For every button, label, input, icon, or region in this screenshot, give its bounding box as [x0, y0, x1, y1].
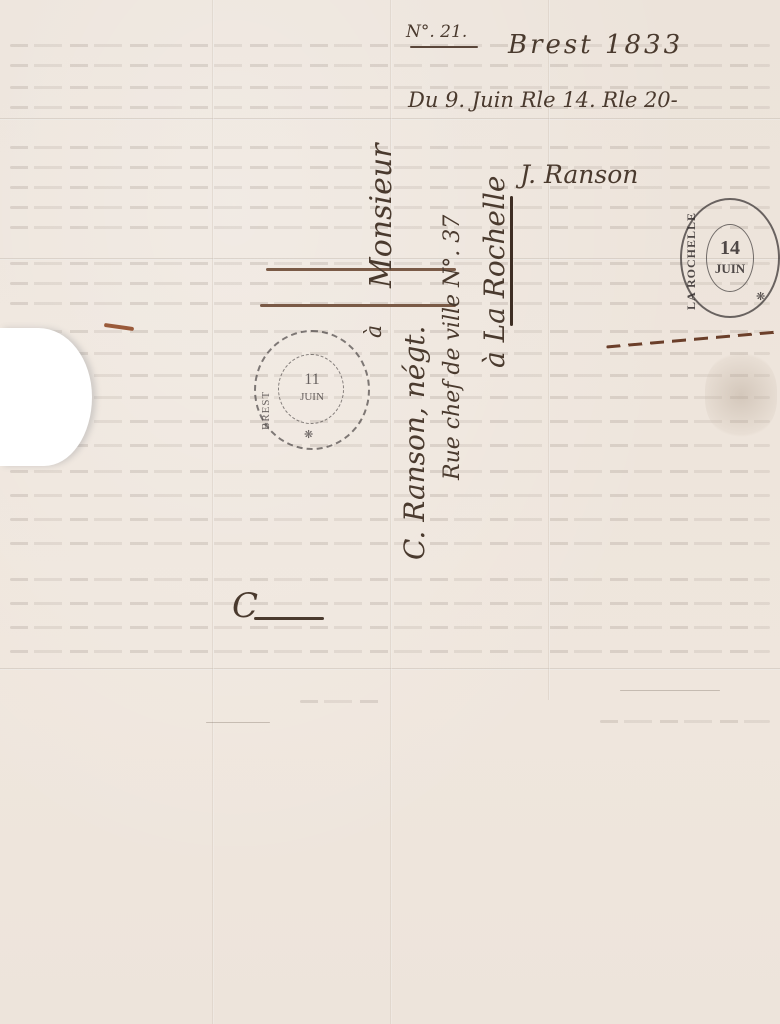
postmark-ring-text: LA ROCHELLE [684, 212, 699, 310]
postmark-month: JUIN [256, 392, 368, 403]
la-rochelle-postmark: 14 JUIN LA ROCHELLE ❋ [680, 198, 780, 318]
address-name: C. Ranson, négt. [398, 326, 431, 560]
address-street: Rue chef de ville N°. 37 [440, 215, 465, 480]
address-prefix: à [362, 325, 387, 338]
docket-number-underline [410, 46, 478, 48]
docket-dates: Du 9. Juin Rle 14. Rle 20- [408, 88, 678, 112]
postmark-day: 11 [256, 372, 368, 388]
postmark-ornament: ❋ [304, 428, 313, 441]
postmark-inner-ring [278, 354, 344, 424]
vertical-fold [212, 0, 214, 1024]
dashed-ink-line [606, 331, 778, 349]
rate-line-upper [266, 268, 456, 271]
rate-line-lower [260, 304, 456, 307]
paper-tear-hole [0, 328, 92, 466]
docket-place-year: Brest 1833 [508, 30, 683, 60]
bleed-through-line [600, 720, 770, 723]
address-city: à La Rochelle [478, 176, 511, 369]
docket-number: N°. 21. [406, 22, 467, 42]
faint-rule [620, 690, 720, 691]
seal-stain [705, 352, 777, 438]
bleed-through-line [300, 700, 380, 703]
docket-sender: J. Ranson [520, 160, 638, 189]
brest-postmark: 11 JUIN BREST ❋ [254, 330, 370, 450]
letter-sheet: N°. 21. Brest 1833 Du 9. Juin Rle 14. Rl… [0, 0, 780, 1024]
postmark-ring-text: BREST [260, 391, 272, 430]
lower-left-mark: C [232, 586, 258, 626]
address-salutation: Monsieur [364, 143, 399, 288]
postmark-ornament: ❋ [756, 290, 765, 303]
faint-rule [206, 722, 270, 723]
lower-left-mark-tail [254, 617, 324, 620]
